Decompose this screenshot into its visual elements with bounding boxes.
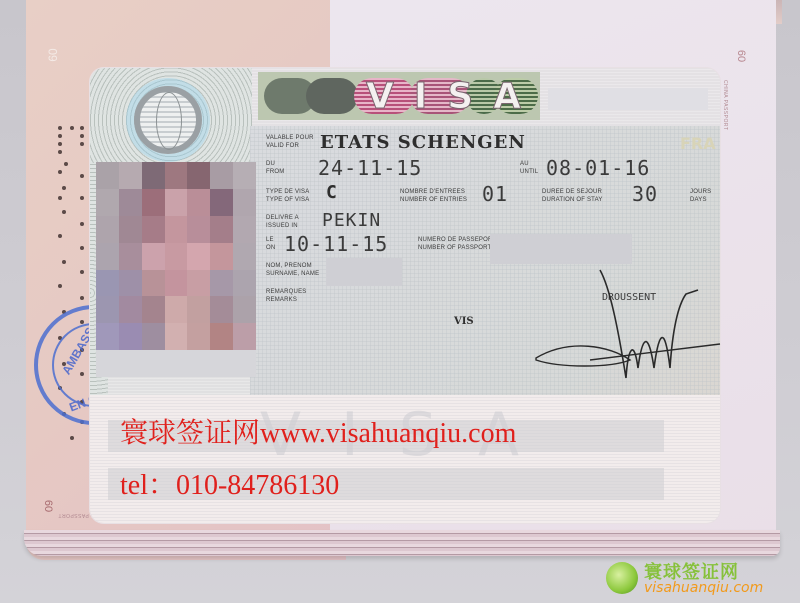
label-fr: DELIVRE A	[266, 214, 299, 222]
vis-stamp: VIS	[454, 316, 474, 327]
photo-pixel	[187, 270, 210, 297]
photo-pixel	[119, 162, 142, 189]
issued-in-value: PEKIN	[322, 210, 381, 231]
redacted-visa-number	[548, 88, 708, 110]
logo-domain: visahuanqiu.com	[644, 580, 763, 596]
photo-pixel	[96, 323, 119, 350]
photo-pixel	[119, 350, 142, 377]
photo-pixel	[165, 350, 188, 377]
label-fr: LE	[266, 236, 275, 244]
label-en: VALID FOR	[266, 142, 314, 150]
label-en: ON	[266, 244, 275, 252]
label-en: TYPE OF VISA	[266, 196, 309, 204]
label-fr: NUMERO DE PASSEPORT	[418, 236, 496, 244]
photo-pixel	[96, 350, 119, 377]
page-number-top-right: 60	[735, 50, 747, 62]
label-fr: REMARQUES	[266, 288, 306, 296]
page-number-bottom-left: 60	[42, 500, 54, 512]
perforation-dot	[58, 142, 62, 146]
label-en: NUMBER OF ENTRIES	[400, 196, 467, 204]
duration-unit: JOURS DAYS	[690, 188, 711, 204]
banner-pill	[306, 78, 358, 114]
perforation-dot	[58, 284, 62, 288]
globe-emblem-icon	[134, 86, 202, 154]
photo-pixel	[119, 296, 142, 323]
photo-pixel	[210, 216, 233, 243]
perforation-dot	[58, 170, 62, 174]
country-code: FRA	[680, 134, 716, 153]
photo-pixel	[165, 216, 188, 243]
name-label: NOM, PRENOM SURNAME, NAME	[266, 262, 319, 278]
label-en: FROM	[266, 168, 284, 176]
visa-banner: VISA	[258, 72, 540, 120]
perforation-dot	[70, 126, 74, 130]
entries-value: 01	[482, 182, 508, 206]
photo-pixel	[233, 296, 256, 323]
photo-pixel	[96, 270, 119, 297]
label-en: SURNAME, NAME	[266, 270, 319, 278]
visa-type-label: TYPE DE VISA TYPE OF VISA	[266, 188, 309, 204]
duration-label: DUREE DE SEJOUR DURATION OF STAY	[542, 188, 603, 204]
label-fr: DU	[266, 160, 284, 168]
duration-value: 30	[632, 182, 658, 206]
photo-pixel	[96, 296, 119, 323]
issued-in-label: DELIVRE A ISSUED IN	[266, 214, 299, 230]
applicant-photo-redacted	[96, 162, 256, 377]
photo-pixel	[210, 243, 233, 270]
valid-for-label: VALABLE POUR VALID FOR	[266, 134, 314, 150]
passport-number-label: NUMERO DE PASSEPORT NUMBER OF PASSPORT	[418, 236, 496, 252]
redacted-passport-number	[490, 234, 632, 264]
visa-type-value: C	[326, 182, 337, 203]
unit-fr: JOURS	[690, 188, 711, 196]
photo-pixel	[187, 162, 210, 189]
redacted-name	[326, 258, 402, 286]
issued-on-value: 10-11-15	[284, 232, 388, 256]
photo-pixel	[233, 216, 256, 243]
page-number-top-left: 09	[46, 48, 60, 61]
perforation-dot	[80, 270, 84, 274]
perforation-dot	[64, 162, 68, 166]
perforation-dot	[62, 210, 66, 214]
until-label: AU UNTIL	[520, 160, 538, 176]
photo-pixel	[96, 243, 119, 270]
perforation-dot	[62, 186, 66, 190]
photo-pixel	[142, 243, 165, 270]
perforation-dot	[58, 134, 62, 138]
photo-pixel	[96, 189, 119, 216]
entries-label: NOMBRE D'ENTREES NUMBER OF ENTRIES	[400, 188, 467, 204]
photo-pixel	[233, 350, 256, 377]
photo-pixel	[142, 216, 165, 243]
photo-pixel	[187, 350, 210, 377]
perforation-dot	[80, 296, 84, 300]
label-en: ISSUED IN	[266, 222, 299, 230]
photo-pixel	[210, 162, 233, 189]
photo-pixel	[233, 243, 256, 270]
perforation-dot	[80, 174, 84, 178]
perforation-dot	[80, 196, 84, 200]
valid-for-value: ETATS SCHENGEN	[320, 132, 526, 153]
perforation-dot	[80, 134, 84, 138]
photo-pixel	[119, 216, 142, 243]
label-en: REMARKS	[266, 296, 306, 304]
remarks-label: REMARQUES REMARKS	[266, 288, 306, 304]
photo-pixel	[187, 189, 210, 216]
site-logo: 寰球签证网 visahuanqiu.com	[606, 556, 796, 600]
photo-pixel	[210, 189, 233, 216]
perforation-dot	[70, 436, 74, 440]
consular-signature	[530, 268, 730, 388]
photo-pixel	[165, 189, 188, 216]
from-value: 24-11-15	[318, 156, 422, 180]
passport-page-edges	[24, 530, 780, 556]
photo-pixel	[165, 296, 188, 323]
label-fr: VALABLE POUR	[266, 134, 314, 142]
photo-pixel	[210, 323, 233, 350]
label-fr: NOM, PRENOM	[266, 262, 319, 270]
label-fr: AU	[520, 160, 538, 168]
photo-pixel	[210, 350, 233, 377]
photo-pixel	[187, 216, 210, 243]
label-en: DURATION OF STAY	[542, 196, 603, 204]
photo-pixel	[142, 350, 165, 377]
perforation-dot	[80, 222, 84, 226]
watermark-website: 寰球签证网www.visahuanqiu.com	[120, 420, 516, 448]
photo-pixel	[96, 162, 119, 189]
label-fr: NOMBRE D'ENTREES	[400, 188, 467, 196]
photo-pixel	[96, 216, 119, 243]
photo-pixel	[142, 323, 165, 350]
perforation-dot	[58, 150, 62, 154]
photo-pixel	[119, 323, 142, 350]
from-label: DU FROM	[266, 160, 284, 176]
photo-pixel	[142, 270, 165, 297]
photo-pixel	[210, 270, 233, 297]
perforation-dot	[58, 126, 62, 130]
photo-pixel	[119, 270, 142, 297]
photo-pixel	[233, 162, 256, 189]
photo-pixel	[210, 296, 233, 323]
perforation-dot	[80, 246, 84, 250]
label-en: NUMBER OF PASSPORT	[418, 244, 496, 252]
perforation-dot	[62, 260, 66, 264]
perforation-dot	[80, 126, 84, 130]
label-fr: DUREE DE SEJOUR	[542, 188, 603, 196]
photo-pixel	[119, 189, 142, 216]
photo-pixel	[233, 189, 256, 216]
visa-banner-text: VISA	[366, 76, 541, 117]
photo-pixel	[165, 162, 188, 189]
photo-pixel	[142, 162, 165, 189]
label-fr: TYPE DE VISA	[266, 188, 309, 196]
photo-pixel	[142, 189, 165, 216]
passport-label-right: CHINA PASSPORT	[722, 80, 728, 130]
issued-on-label: LE ON	[266, 236, 275, 252]
unit-en: DAYS	[690, 196, 711, 204]
photo-pixel	[233, 270, 256, 297]
globe-logo-icon	[606, 562, 638, 594]
perforation-dot	[58, 196, 62, 200]
photo-pixel	[142, 296, 165, 323]
watermark-phone: tel：010-84786130	[120, 472, 339, 500]
photo-pixel	[187, 296, 210, 323]
perforation-dot	[58, 234, 62, 238]
photo-pixel	[165, 323, 188, 350]
photo-pixel	[165, 270, 188, 297]
photo-pixel	[119, 243, 142, 270]
perforation-dot	[80, 142, 84, 146]
label-en: UNTIL	[520, 168, 538, 176]
until-value: 08-01-16	[546, 156, 650, 180]
photo-pixel	[165, 243, 188, 270]
photo-pixel	[187, 243, 210, 270]
photo-pixel	[233, 323, 256, 350]
photo-pixel	[187, 323, 210, 350]
